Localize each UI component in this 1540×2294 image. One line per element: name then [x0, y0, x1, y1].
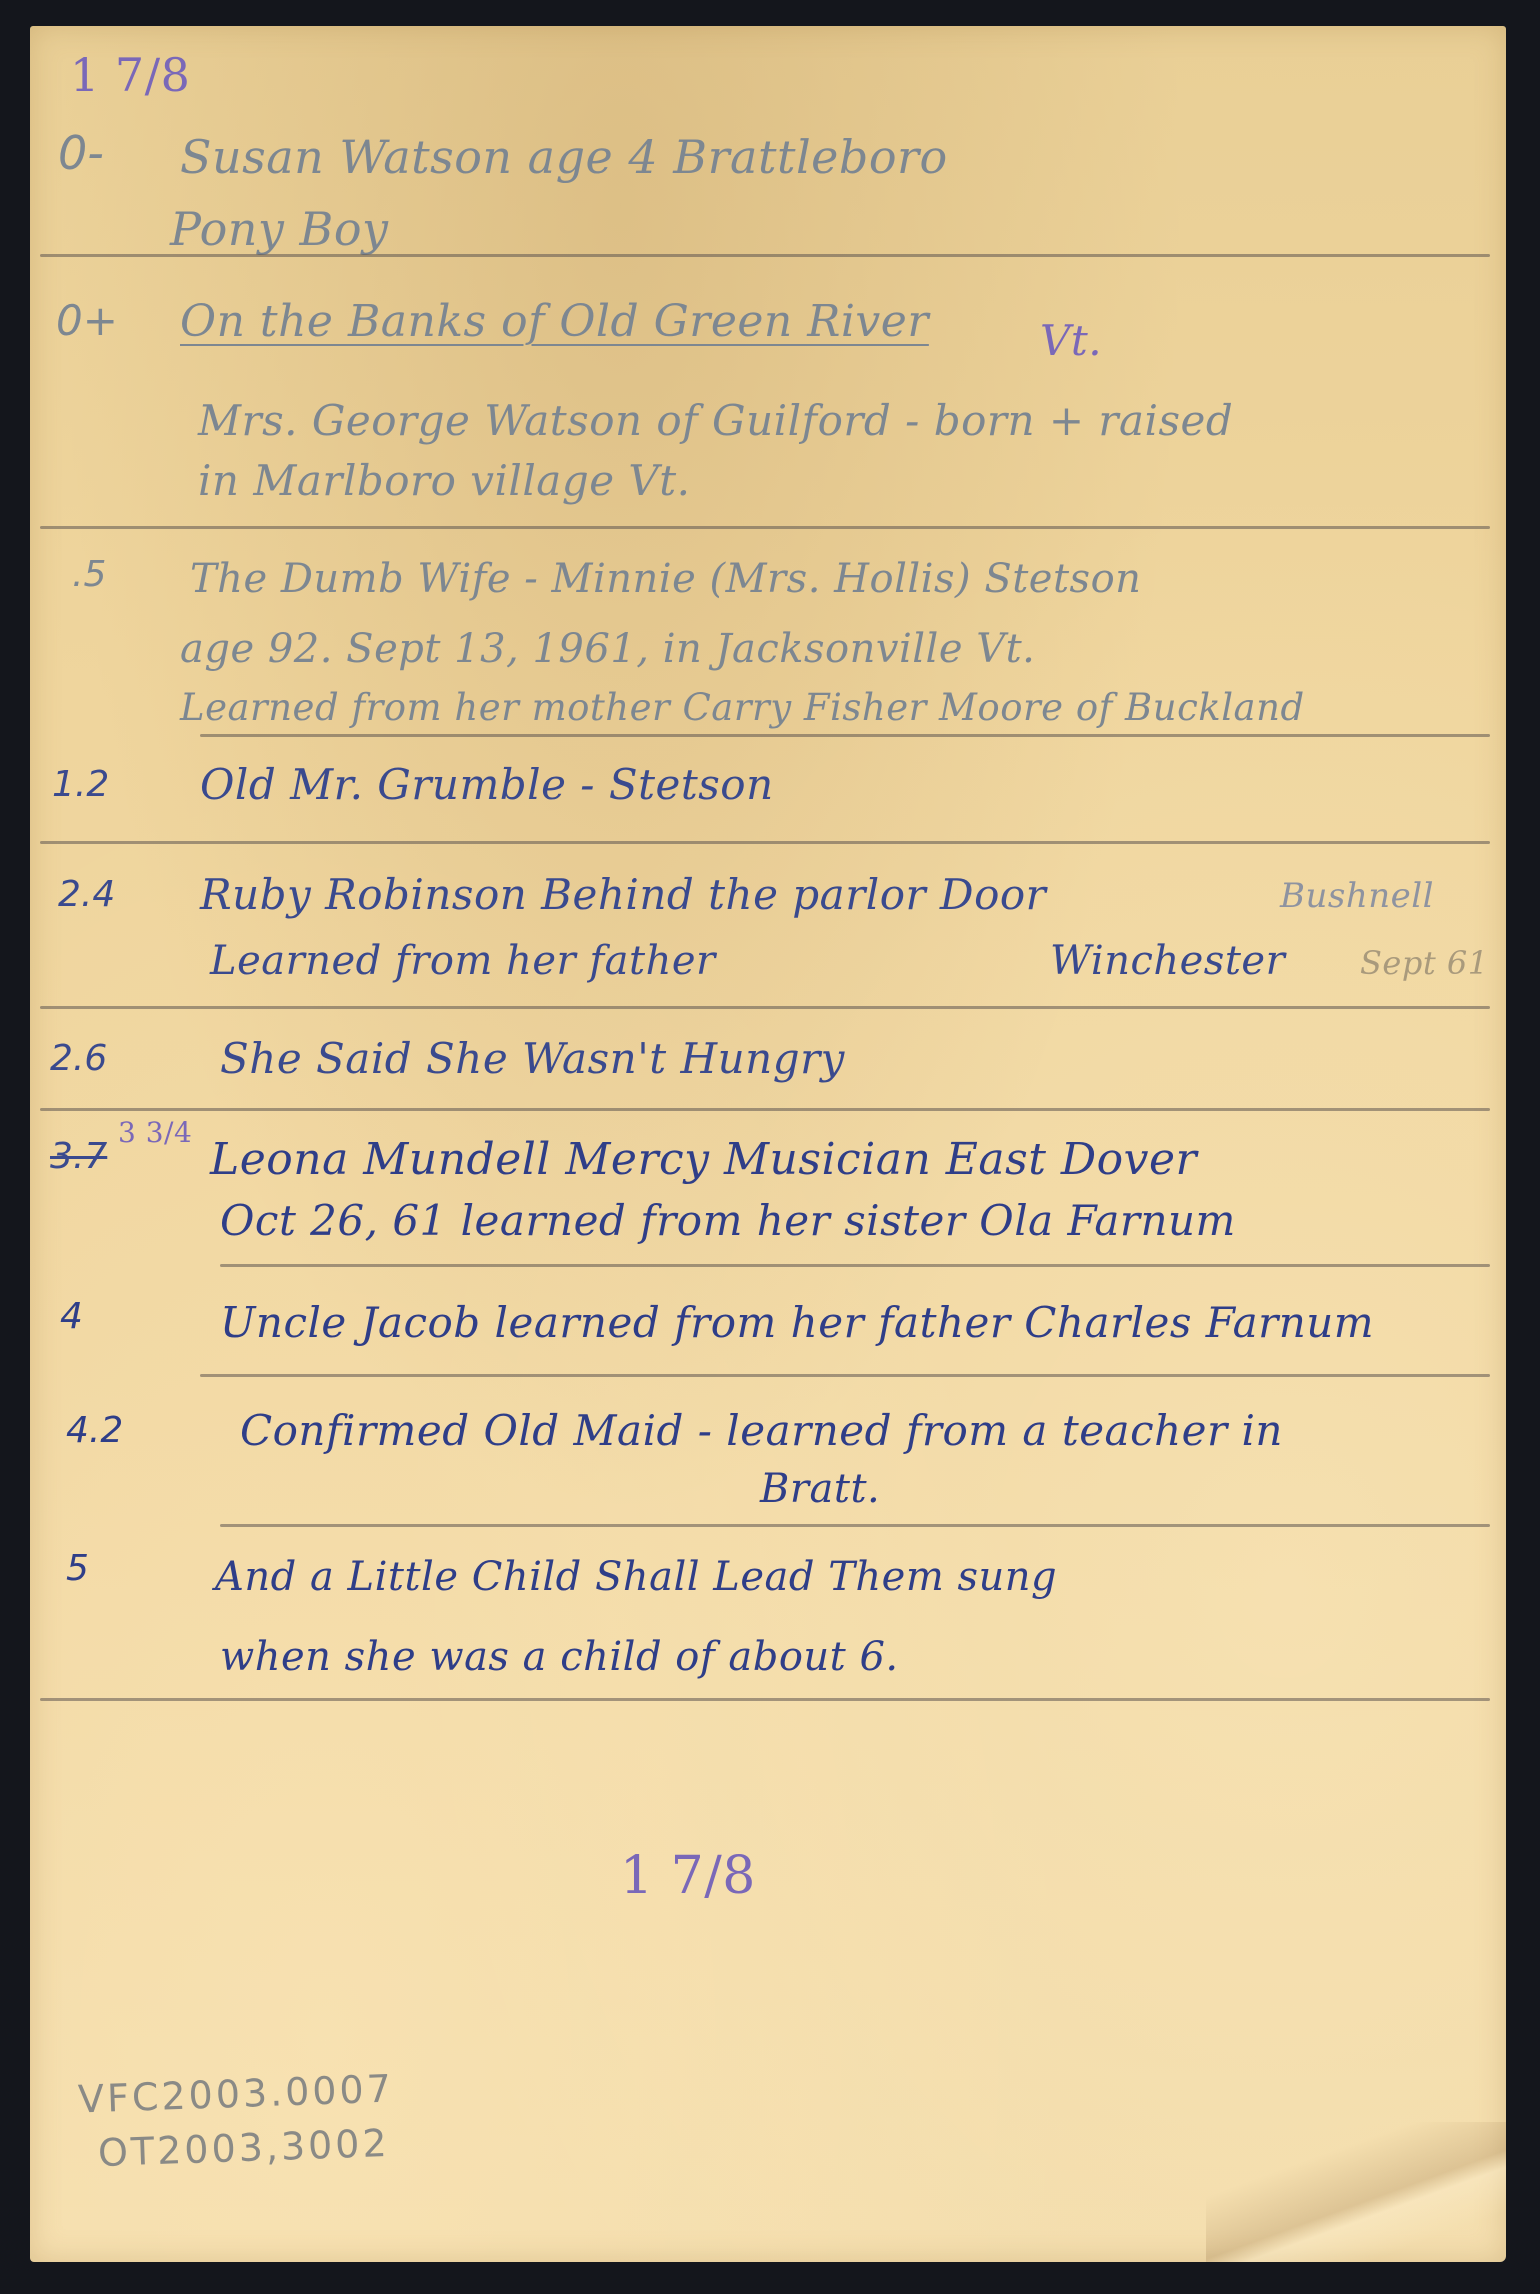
- entry-line: Bratt.: [760, 1466, 880, 1512]
- margin-note: Sept 61: [1360, 944, 1489, 982]
- rule-line: [40, 1698, 1490, 1701]
- entry-line: Confirmed Old Maid - learned from a teac…: [240, 1406, 1283, 1455]
- entry-line: Pony Boy: [170, 202, 389, 256]
- catalog-number-ot: OT2003,3002: [97, 2121, 390, 2175]
- rule-line: [200, 1374, 1490, 1377]
- state-annotation: Vt.: [1040, 316, 1102, 365]
- entry-number: .5: [72, 554, 106, 595]
- entry-line: in Marlboro village Vt.: [198, 456, 691, 505]
- entry-number: 0+: [56, 296, 118, 345]
- entry-line: Mrs. George Watson of Guilford - born + …: [198, 396, 1233, 445]
- entry-line: She Said She Wasn't Hungry: [220, 1034, 845, 1083]
- rule-line: [220, 1264, 1490, 1267]
- rule-line: [40, 526, 1490, 529]
- rule-line: [40, 1006, 1490, 1009]
- rule-line: [220, 1524, 1490, 1527]
- entry-number: 5: [66, 1548, 89, 1589]
- footer-mark: 1 7/8: [620, 1846, 756, 1906]
- entry-line: age 92. Sept 13, 1961, in Jacksonville V…: [180, 626, 1035, 672]
- entry-line: Leona Mundell Mercy Musician East Dover: [210, 1134, 1197, 1185]
- rule-line: [40, 254, 1490, 257]
- corrected-number: 3 3/4: [118, 1116, 192, 1149]
- entry-line: Old Mr. Grumble - Stetson: [200, 760, 774, 809]
- entry-number: 0-: [58, 126, 104, 180]
- entry-number: 2.6: [50, 1038, 107, 1079]
- entry-line: Uncle Jacob learned from her father Char…: [220, 1298, 1374, 1347]
- rule-line: [40, 1108, 1490, 1111]
- entry-number: 4: [60, 1296, 83, 1337]
- header-mark: 1 7/8: [70, 48, 190, 102]
- entry-line: Susan Watson age 4 Brattleboro: [180, 130, 948, 184]
- entry-line: Ruby Robinson Behind the parlor Door: [200, 870, 1046, 919]
- rule-line: [200, 734, 1490, 737]
- entry-number: 1.2: [52, 764, 109, 805]
- entry-line: Learned from her mother Carry Fisher Moo…: [180, 686, 1305, 729]
- entry-line: Winchester: [1050, 938, 1285, 984]
- entry-title: On the Banks of Old Green River: [180, 296, 929, 347]
- entry-line: when she was a child of about 6.: [220, 1634, 899, 1680]
- document-page: 1 7/8 0- Susan Watson age 4 Brattleboro …: [30, 26, 1506, 2262]
- entry-line: Learned from her father: [210, 938, 716, 984]
- entry-line: The Dumb Wife - Minnie (Mrs. Hollis) Ste…: [190, 556, 1141, 602]
- entry-number: 4.2: [66, 1410, 123, 1451]
- catalog-number-vfc: VFC2003.0007: [77, 2067, 394, 2122]
- rule-line: [40, 841, 1490, 844]
- entry-line: And a Little Child Shall Lead Them sung: [215, 1554, 1057, 1600]
- entry-line: Oct 26, 61 learned from her sister Ola F…: [220, 1196, 1236, 1245]
- margin-note: Bushnell: [1280, 876, 1434, 916]
- entry-number: 3.7: [50, 1136, 107, 1177]
- entry-number: 2.4: [58, 874, 115, 915]
